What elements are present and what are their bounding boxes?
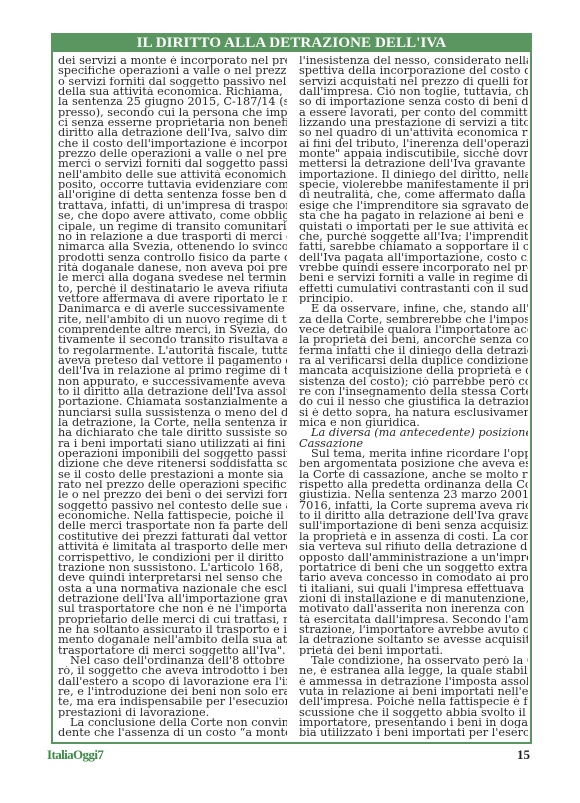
text-line: diritto alla detrazione dell'Iva, salvo … [58,128,287,138]
text-line: presso), secondo cui la persona che impo… [58,108,287,118]
text-line: la sentenza 25 giugno 2015, C-187/14 (su… [58,97,287,107]
text-line: tà esercitata dall'impresa. Secondo l'am… [299,615,528,625]
text-line: fatti, sarebbe chiamato a sopportare il … [299,242,528,252]
publication-logo: ItaliaOggi7 [47,747,103,763]
text-line: prestazioni di lavorazione. [58,708,287,718]
text-line: Cassazione [299,439,528,449]
text-line: Nel caso dell'ordinanza dell'8 ottobre 2… [58,656,287,666]
text-line: costitutive dei prezzi fatturati dal vet… [58,532,287,542]
text-line: lizzando una prestazione di servizi a ti… [299,118,528,128]
text-line: portazione. Chiamata sostanzialmente a p… [58,397,287,407]
text-line: prezzo delle operazioni a valle o nel pr… [58,149,287,159]
text-line: se il costo delle prestazioni a monte si… [58,470,287,480]
text-line: Danimarca e di averle successivamente ri… [58,304,287,314]
text-line: aveva preteso dal vettore il pagamento d… [58,356,287,366]
text-line: La diversa (ma antecedente) posizione de… [299,428,528,438]
page-number: 15 [517,747,530,763]
text-line: rato nel prezzo delle operazioni specifi… [58,480,287,490]
text-line: prietà dei beni importati. [299,646,528,656]
text-line: 7016, infatti, la Corte suprema aveva ri… [299,501,528,511]
text-line: merci o servizi forniti dal soggetto pas… [58,159,287,169]
text-line: tivamente il secondo transito risultava … [58,335,287,345]
text-line: so di importazione senza costo di beni d… [299,97,528,107]
text-line: la proprietà dei beni, ancorché senza co… [299,335,528,345]
text-line: te, ma era indispensabile per l'esecuzio… [58,697,287,707]
text-line: ra al verificarsi della duplice condizio… [299,356,528,366]
text-line: posito, occorre tuttavia evidenziare com… [58,180,287,190]
text-line: to, perché il destinatario le aveva rifi… [58,284,287,294]
text-line: che il costo dell'importazione è incorpo… [58,139,287,149]
text-line: spettiva della incorporazione del costo … [299,66,528,76]
text-line: detrazione dell'Iva all'importazione gra… [58,594,287,604]
text-line: ben argomentata posizione che aveva espr… [299,459,528,469]
text-line: beni e servizi forniti a valle in regime… [299,273,528,283]
text-line: sull'importazione di beni senza acquisiz… [299,521,528,531]
text-line: sia verteva sul rifiuto della detrazione… [299,542,528,552]
text-line: mica e non giuridica. [299,418,528,428]
text-line: È da osservare, infine, che, stando all'… [299,304,528,314]
text-line: principio. [299,294,528,304]
text-line: ci senza esserne proprietaria non benefi… [58,118,287,128]
text-line: bia utilizzato i beni importati per l'es… [299,728,528,738]
text-line: deve quindi interpretarsi nel senso che … [58,573,287,583]
text-line: di neutralità, che, come affermato dalla… [299,190,528,200]
text-line: strazione, l'importatore avrebbe avuto d… [299,625,528,635]
text-line: importatore, presentando i beni in dogan… [299,718,528,728]
text-line: servizi acquistati nel prezzo di quelli … [299,77,528,87]
text-line: che, purché soggette all'Iva; l'imprendi… [299,232,528,242]
text-line: la detrazione soltanto se avesse acquisi… [299,635,528,645]
text-line: vettore affermava di avere riportato le … [58,294,287,304]
text-line: zioni di installazione e di manutenzione… [299,594,528,604]
text-line: a essere lavorati, per conto del committ… [299,108,528,118]
text-line: Tale condizione, ha osservato però la Ca… [299,656,528,666]
text-line: za della Corte, sembrerebbe che l'impost… [299,315,528,325]
text-line: dall'impresa. Ciò non toglie, tuttavia, … [299,87,528,97]
text-line: ai fini del tributo, l'inerenza dell'ope… [299,139,528,149]
article-body: dei servizi a monte è incorporato nel pr… [58,56,525,740]
text-line: so nel quadro di un'attività economica r… [299,128,528,138]
text-line: monte" appaia indiscutibile, sicché dovr… [299,149,528,159]
text-line: to il diritto alla detrazione dell'Iva a… [58,387,287,397]
text-line: vuta in relazione ai beni importati nell… [299,687,528,697]
text-line: sta che ha pagato in relazione ai beni e… [299,211,528,221]
text-line: le merci alla dogana svedese nel termine… [58,273,287,283]
section-title: IL DIRITTO ALLA DETRAZIONE DELL'IVA [53,35,530,52]
text-line: to il diritto alla detrazione dell'Iva g… [299,511,528,521]
text-line: dizione che deve ritenersi soddisfatta s… [58,459,287,469]
text-line: la detrazione, la Corte, nella sentenza … [58,418,287,428]
text-line: nell'ambito delle sue attività economich… [58,170,287,180]
text-line: do cui il nesso che giustifica la detraz… [299,397,528,407]
text-line: ha dichiarato che tale diritto sussiste … [58,428,287,438]
text-line: all'origine di detta sentenza fosse ben … [58,190,287,200]
text-line: mento doganale nell'ambito della sua att… [58,635,287,645]
text-line: è ammessa in detrazione l'imposta assolt… [299,677,528,687]
text-line: dei servizi a monte è incorporato nel pr… [58,56,287,66]
text-line: non appurato, e successivamente aveva ri… [58,377,287,387]
text-line: corrispettivo, le condizioni per il diri… [58,553,287,563]
text-line: re con l'insegnamento della stessa Corte… [299,387,528,397]
text-line: trasportatore di merci soggetto all'Iva"… [58,646,287,656]
text-line: rispetto alla predetta ordinanza della C… [299,480,528,490]
text-line: l'inesistenza del nesso, considerato nel… [299,56,528,66]
text-line: no in relazione a due trasporti di merci… [58,232,287,242]
text-line: scussione che il soggetto abbia svolto i… [299,708,528,718]
text-line: portatrice di beni che un soggetto extra… [299,563,528,573]
text-line: nunciarsi sulla sussistenza o meno del d… [58,408,287,418]
text-line: nimarca alla Svezia, ottenendo lo svinco… [58,242,287,252]
text-line: Sul tema, merita infine ricordare l'oppo… [299,449,528,459]
column-right: l'inesistenza del nesso, considerato nel… [299,56,528,739]
text-line: osta a una normativa nazionale che esclu… [58,584,287,594]
text-line: economiche. Nella fattispecie, poiché il… [58,511,287,521]
text-line: La conclusione della Corte non convince.… [58,718,287,728]
text-line: esige che l'imprenditore sia sgravato de… [299,201,528,211]
text-line: ti italiani, sui quali l'impresa effettu… [299,584,528,594]
text-line: proprietario delle merci di cui trattasi… [58,615,287,625]
text-line: se, che dopo avere attivato, come obblig… [58,211,287,221]
text-line: vrebbe quindi essere incorporato nel pre… [299,263,528,273]
text-line: trazione non sussistono. L'articolo 168,… [58,563,287,573]
text-line: mancata acquisizione della proprietà e d… [299,366,528,376]
text-line: importazione. Il diniego del diritto, ne… [299,170,528,180]
text-line: attività è limitata al trasporto delle m… [58,542,287,552]
text-line: ne, è estranea alla legge, la quale stab… [299,666,528,676]
text-line: quistati o importati per le sue attività… [299,222,528,232]
text-line: tario aveva concesso in comodato ai prop… [299,573,528,583]
text-line: rità doganale danese, non aveva poi pres… [58,263,287,273]
text-line: le o nel prezzo dei beni o dei servizi f… [58,490,287,500]
text-line: to regolarmente. L'autorità fiscale, tut… [58,346,287,356]
text-line: operazioni imponibili del soggetto passi… [58,449,287,459]
text-line: prodotti senza controllo fisico da parte… [58,253,287,263]
text-line: re, e l'introduzione dei beni non solo e… [58,687,287,697]
text-line: delle merci trasportate non fa parte del… [58,521,287,531]
text-line: motivato dall'asserita non inerenza con … [299,604,528,614]
text-line: soggetto passivo nel contesto delle sue … [58,501,287,511]
text-line: o servizi forniti dal soggetto passivo n… [58,77,287,87]
text-line: la proprietà e in assenza di costi. La c… [299,532,528,542]
text-line: cipale, un regime di transito comunitari… [58,222,287,232]
article-box: IL DIRITTO ALLA DETRAZIONE DELL'IVA dei … [51,33,532,744]
text-line: la Corte di cassazione, anche se molto r… [299,470,528,480]
text-line: vece detraibile qualora l'importatore ac… [299,325,528,335]
column-left: dei servizi a monte è incorporato nel pr… [58,56,287,739]
text-line: ne ha soltanto assicurato il trasporto e… [58,625,287,635]
text-line: specie, violerebbe manifestamente il pri… [299,180,528,190]
text-line: rò, il soggetto che aveva introdotto i b… [58,666,287,676]
text-line: ferma infatti che il diniego della detra… [299,346,528,356]
text-line: specifiche operazioni a valle o nel prez… [58,66,287,76]
text-line: effetti cumulativi contrastanti con il s… [299,284,528,294]
text-line: comprendente altre merci, in Svezia, dov… [58,325,287,335]
text-line: rite, nell'ambito di un nuovo regime di … [58,315,287,325]
text-line: sistenza del costo); ciò parrebbe però c… [299,377,528,387]
text-line: ra i beni importati siano utilizzati ai … [58,439,287,449]
text-line: della sua attività economica. Richiama, … [58,87,287,97]
text-line: mettersi la detrazione dell'Iva gravante… [299,159,528,169]
text-line: trattava, infatti, di un'impresa di tras… [58,201,287,211]
text-line: dell'Iva pagata all'importazione, costo … [299,253,528,263]
text-line: opposto dall'amministrazione a un'impres… [299,553,528,563]
text-line: dell'Iva in relazione al primo regime di… [58,366,287,376]
text-line: giustizia. Nella sentenza 23 marzo 2001,… [299,490,528,500]
text-line: dell'impresa. Poiché nella fattispecie è… [299,697,528,707]
text-line: dente che l'assenza di un costo “a monte… [58,728,287,738]
text-line: dall'estero a scopo di lavorazione era l… [58,677,287,687]
text-line: si è detto sopra, ha natura esclusivamen… [299,408,528,418]
text-line: sul trasportatore che non è né l'importa… [58,604,287,614]
